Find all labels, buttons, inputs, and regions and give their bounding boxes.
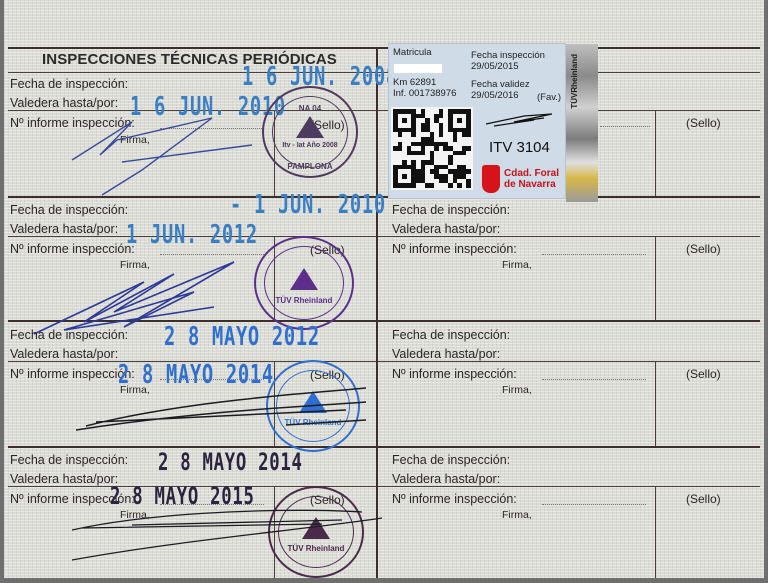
divider [8, 320, 760, 322]
valedera-label: Valedera hasta/por: [10, 222, 118, 236]
tuv-triangle-icon [290, 268, 318, 290]
fecha-stamp: - 1 JUN. 2010 [230, 190, 386, 220]
firma-label: Firma, [120, 259, 150, 271]
official-seal: TÜV Rheinland [268, 486, 364, 578]
sello-divider [655, 110, 656, 196]
fecha-inspeccion-value: 29/05/2015 [471, 61, 519, 72]
informe-dotted-line [542, 379, 646, 380]
fecha-label: Fecha de inspección: [392, 328, 510, 342]
firma-label: Firma, [502, 509, 532, 521]
tuv-triangle-icon [299, 391, 327, 413]
informe-label: Nº informe inspección: [392, 492, 517, 506]
navarra-crest-icon [482, 165, 500, 193]
divider [8, 110, 760, 111]
fecha-validez-label: Fecha validez [471, 79, 530, 90]
informe-label: Nº informe inspección: [10, 367, 135, 381]
informe-dotted-line [600, 126, 650, 127]
matricula-label: Matricula [393, 47, 432, 58]
matricula-redacted [394, 64, 442, 73]
result-favorable: (Fav.) [537, 92, 561, 103]
fecha-stamp: 2 8 MAYO 2014 [158, 448, 303, 476]
sello-label: (Sello) [686, 116, 721, 130]
valedera-stamp: 2 8 MAYO 2015 [110, 482, 255, 510]
valedera-stamp: 2 8 MAYO 2014 [118, 360, 274, 390]
valedera-label: Valedera hasta/por: [392, 347, 500, 361]
informe-label: Nº informe inspección: [392, 242, 517, 256]
informe-dotted-line [160, 254, 264, 255]
hologram-strip: TÜVRheinland [566, 44, 598, 202]
sello-label: (Sello) [686, 492, 721, 506]
informe-label: Nº informe inspección: [10, 116, 135, 130]
official-seal: TÜV Rheinland [266, 360, 360, 452]
fecha-label: Fecha de inspección: [392, 203, 510, 217]
fecha-label: Fecha de inspección: [392, 453, 510, 467]
fecha-label: Fecha de inspección: [10, 203, 128, 217]
issuer-name: Cdad. Foral de Navarra [504, 168, 559, 190]
itv-station-number: ITV 3104 [489, 139, 550, 156]
fecha-inspeccion-label: Fecha inspección [471, 50, 545, 61]
informe-dotted-line [542, 254, 646, 255]
fecha-stamp: 2 8 MAYO 2012 [164, 322, 320, 352]
divider [8, 236, 760, 237]
itv-sticker: Matricula Fecha inspección 29/05/2015 Km… [388, 43, 566, 199]
tuv-triangle-icon [302, 517, 330, 539]
divider [8, 446, 760, 448]
valedera-label: Valedera hasta/por: [392, 472, 500, 486]
valedera-label: Valedera hasta/por: [392, 222, 500, 236]
official-seal: TÜV Rheinland [254, 236, 354, 330]
valedera-label: Valedera hasta/por: [10, 96, 118, 110]
qr-code [391, 107, 473, 190]
sello-label: (Sello) [686, 242, 721, 256]
valedera-label: Valedera hasta/por: [10, 347, 118, 361]
informe-label: Nº informe inspección: [10, 242, 135, 256]
firma-label: Firma, [120, 509, 150, 521]
valedera-stamp: 1 JUN. 2012 [126, 220, 258, 250]
firma-label: Firma, [120, 134, 150, 146]
informe-label: Nº informe inspección: [392, 367, 517, 381]
firma-label: Firma, [502, 384, 532, 396]
sello-divider [655, 486, 656, 578]
km-value: Km 62891 [393, 77, 436, 88]
inf-value: Inf. 001738976 [393, 88, 456, 99]
inspector-signature [484, 112, 554, 128]
sello-label: (Sello) [686, 367, 721, 381]
fecha-validez-value: 29/05/2016 [471, 90, 519, 101]
tuv-triangle-icon [296, 116, 324, 138]
column-divider [376, 47, 378, 578]
official-seal: NA 04 Itv - Iat Año 2008 PAMPLONA [262, 86, 358, 178]
divider [8, 47, 760, 49]
informe-dotted-line [542, 504, 646, 505]
fecha-label: Fecha de inspección: [10, 328, 128, 342]
sello-divider [655, 361, 656, 446]
fecha-label: Fecha de inspección: [10, 77, 128, 91]
valedera-stamp: 1 6 JUN. 2010 [130, 92, 286, 122]
inspection-card-page: INSPECCIONES TÉCNICAS PERIÓDICAS Fecha d… [4, 0, 764, 578]
firma-label: Firma, [502, 259, 532, 271]
valedera-label: Valedera hasta/por: [10, 472, 118, 486]
fecha-label: Fecha de inspección: [10, 453, 128, 467]
informe-dotted-line [160, 128, 264, 129]
sello-divider [655, 236, 656, 320]
